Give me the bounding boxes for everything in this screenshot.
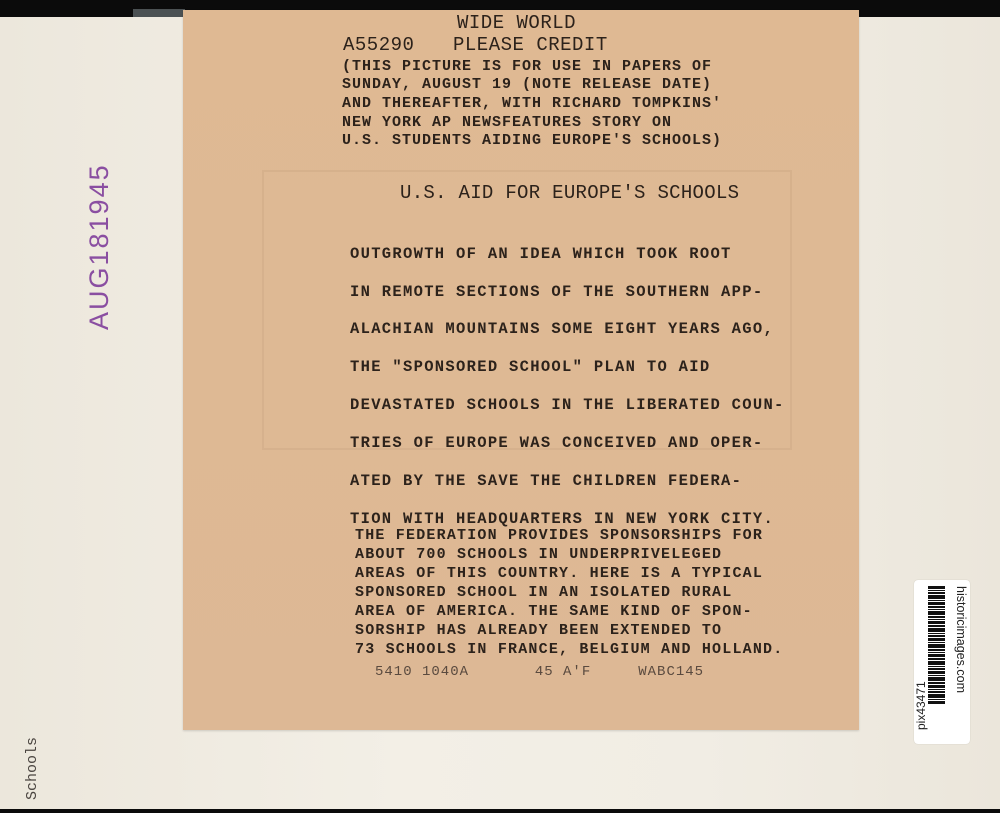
barcode-item-id: pix43471 [914, 681, 928, 730]
body-line: AREAS OF THIS COUNTRY. HERE IS A TYPICAL [355, 565, 763, 584]
body-line: TRIES OF EUROPE WAS CONCEIVED AND OPER- [350, 434, 763, 452]
date-stamp: AUG181945 [84, 163, 115, 330]
body-line: ABOUT 700 SCHOOLS IN UNDERPRIVELEGED [355, 546, 722, 565]
body-line: SPONSORED SCHOOL IN AN ISOLATED RURAL [355, 584, 732, 603]
agency-name: WIDE WORLD [457, 12, 576, 34]
body-line: OUTGROWTH OF AN IDEA WHICH TOOK ROOT [350, 245, 732, 263]
body-line: 73 SCHOOLS IN FRANCE, BELGIUM AND HOLLAN… [355, 641, 783, 660]
body-line: ALACHIAN MOUNTAINS SOME EIGHT YEARS AGO, [350, 320, 774, 338]
wire-code-footer: 5410 1040A 45 A'F WABC145 [375, 664, 704, 680]
release-line: U.S. STUDENTS AIDING EUROPE'S SCHOOLS) [342, 130, 722, 152]
barcode-icon [928, 586, 945, 736]
body-line: ATED BY THE SAVE THE CHILDREN FEDERA- [350, 472, 742, 490]
body-line: IN REMOTE SECTIONS OF THE SOUTHERN APP- [350, 283, 763, 301]
body-line: DEVASTATED SCHOOLS IN THE LIBERATED COUN… [350, 396, 785, 414]
credit-line: PLEASE CREDIT [453, 34, 608, 56]
article-title: U.S. AID FOR EUROPE'S SCHOOLS [400, 182, 739, 204]
body-line: THE "SPONSORED SCHOOL" PLAN TO AID [350, 358, 710, 376]
body-line: AREA OF AMERICA. THE SAME KIND OF SPON- [355, 603, 753, 622]
category-label: Schools [24, 737, 41, 800]
barcode-label: historicimages.com pix43471 [914, 580, 970, 744]
photo-id: A55290 [343, 34, 414, 56]
body-line: THE FEDERATION PROVIDES SPONSORSHIPS FOR [355, 527, 763, 546]
barcode-site-text: historicimages.com [954, 586, 968, 693]
body-line: TION WITH HEADQUARTERS IN NEW YORK CITY. [350, 510, 774, 528]
body-line: SORSHIP HAS ALREADY BEEN EXTENDED TO [355, 622, 722, 641]
